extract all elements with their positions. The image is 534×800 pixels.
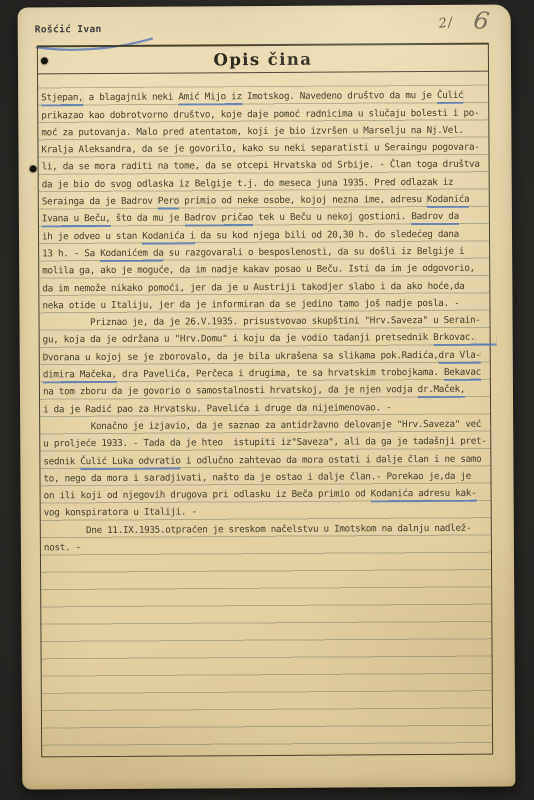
text-line: da je bio do svog odlaska iz Belgije t.j… [42,171,488,191]
page-title: Opis čina [213,49,312,69]
text-line: moć za putovanja. Malo pred atentatom, k… [41,119,487,139]
text-line: u proljeće 1933. - Tada da je hteo istup… [43,431,489,451]
text-line: molila ga, ako je moguće, da im nadje ka… [42,258,488,278]
text-line: neka otide u Italiju, jer da je informir… [42,292,488,312]
text-line: Stjepan, a blagajnik neki Amić Mijo iz I… [41,85,487,105]
form-header: Opis čina [38,45,488,75]
text-line: gu, koja da je održana u "Hrv.Domu" i ko… [43,327,489,347]
text-line: to, nego da mora i saradjivati, našto da… [43,465,489,485]
form-box: Opis čina Stjepan, a blagajnik neki Amić… [37,43,493,758]
text-line: Dvorana u kojoj se je zborovalo, da je b… [43,344,489,364]
text-line: Serainga da je Badrov Pero primio od nek… [42,188,488,208]
text-line: on ili koji od njegovih drugova pri odla… [44,482,490,502]
text-line: li, da se mora raditi na tome, da se otc… [42,154,488,174]
punch-hole-icon [30,165,37,172]
annotation-name: Rošćić Ivan [35,24,102,35]
text-line: Priznao je, da je 26.V.1935. prisustvova… [42,310,488,330]
text-line: ih je odveo u stan Kodanića i da su kod … [42,223,488,243]
text-line: na tom zboru da je govorio o samostalnos… [43,379,489,399]
text-line: da im nemože nikako pomoći, jer da je u … [42,275,488,295]
text-line: sednik Čulić Luka odvratio i odlučno zah… [43,448,489,468]
text-line: Konačno je izjavio, da je saznao za anti… [43,413,489,433]
text-line: Dne 11.IX.1935.otpraćen je sreskom načel… [44,517,490,537]
photographed-document: Rošćić Ivan 2/ 6 Opis čina Stjepan, a bl… [0,0,534,800]
text-line: Ivana u Beču, što da mu je Badrov pričao… [42,206,488,226]
text-line: 13 h. - Sa Kodanićem da su razgovarali o… [42,240,488,260]
text-line: dimira Mačeka, dra Pavelića, Perčeca i d… [43,361,489,381]
text-line: Kralja Aleksandra, da se je govorilo, ka… [41,137,487,157]
document-page: Rošćić Ivan 2/ 6 Opis čina Stjepan, a bl… [18,5,516,790]
text-line: prikazao kao dobrotvorno društvo, koje d… [41,102,487,122]
page-number-pencil: 6 [472,6,491,36]
page-number: 2/ [438,15,455,32]
typed-lines: Stjepan, a blagajnik neki Amić Mijo iz I… [41,85,490,555]
text-line: nost. - [44,534,490,554]
